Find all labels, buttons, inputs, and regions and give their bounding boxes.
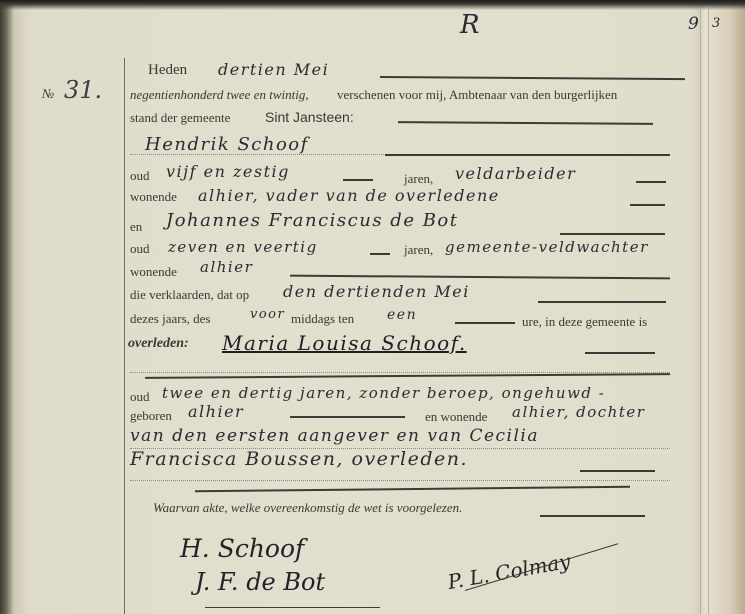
- fill-line: [560, 233, 665, 235]
- fill-line: [636, 181, 666, 183]
- fill-line: [630, 204, 665, 206]
- wonende-label: wonende: [130, 189, 177, 205]
- year-line-3: ure, in deze gemeente is: [522, 314, 647, 330]
- geboren-label: geboren: [130, 408, 172, 424]
- oud-label: oud: [130, 389, 150, 405]
- parents-line-2: van den eersten aangever en van Cecilia: [130, 426, 539, 446]
- year-line-1: dezes jaars, des: [130, 311, 211, 327]
- jaren-label: jaren,: [404, 171, 433, 187]
- heden-label: Heden: [148, 62, 187, 79]
- hour: een: [387, 307, 417, 323]
- en-label: en: [130, 219, 142, 235]
- fill-line: [290, 275, 670, 280]
- fill-line: [145, 373, 670, 379]
- fill-line: [585, 352, 655, 354]
- record-number: 31.: [64, 76, 102, 104]
- margin-line: [124, 58, 125, 614]
- birthplace: alhier: [188, 402, 244, 421]
- record-number-label: №: [42, 86, 54, 102]
- oud-label: oud: [130, 168, 150, 184]
- appeared-text: verschenen voor mij, Ambtenaar van den b…: [337, 87, 617, 103]
- declared-text: die verklaarden, dat op: [130, 287, 249, 303]
- en-wonende-label: en wonende: [425, 409, 487, 425]
- fill-line: [455, 322, 515, 324]
- year-line-2: middags ten: [291, 311, 354, 327]
- deceased-details: twee en dertig jaren, zonder beroep, ong…: [162, 384, 605, 402]
- signature-witness-1: H. Schoof: [180, 534, 304, 563]
- page-edge: [700, 8, 701, 614]
- fill-line: [195, 486, 630, 493]
- fill-line: [343, 179, 373, 181]
- witness2-age: zeven en veertig: [168, 238, 318, 256]
- fill-line: [385, 154, 670, 156]
- fill-line: [540, 515, 645, 517]
- oud-label: oud: [130, 241, 150, 257]
- witness1-occupation: veldarbeider: [455, 164, 576, 183]
- fill-line: [380, 76, 685, 80]
- fill-line: [538, 301, 666, 303]
- signature-witness-2: J. F. de Bot: [195, 568, 325, 596]
- fill-line: [580, 470, 655, 472]
- year-text: negentienhonderd twee en twintig,: [130, 87, 309, 103]
- parents-line-3: Francisca Boussen, overleden.: [130, 448, 468, 470]
- binding-shadow: [0, 0, 745, 10]
- signature-underline: [205, 607, 380, 608]
- death-date: den dertienden Mei: [283, 282, 470, 301]
- witness2-name: Johannes Franciscus de Bot: [166, 210, 459, 231]
- page-mark-9: 9: [688, 14, 700, 34]
- signature-registrar: P. L. Colmay: [446, 549, 572, 594]
- fill-line: [398, 121, 653, 125]
- time-of-day: voor: [250, 307, 285, 322]
- fill-line: [370, 253, 390, 255]
- stand-text: stand der gemeente: [130, 110, 230, 126]
- page-mark-3: 3: [712, 16, 722, 31]
- heden-value: dertien Mei: [218, 60, 329, 79]
- closing-text: Waarvan akte, welke overeenkomstig de we…: [153, 500, 462, 516]
- deceased-name: Maria Louisa Schoof.: [222, 331, 467, 355]
- witness1-age: vijf en zestig: [166, 162, 290, 181]
- dotted-line: [130, 480, 670, 481]
- page-mark-r: R: [460, 10, 481, 40]
- jaren-label: jaren,: [404, 242, 433, 258]
- witness1-name: Hendrik Schoof: [145, 134, 309, 155]
- witness1-residence: alhier, vader van de overledene: [198, 186, 500, 205]
- page-edge: [708, 8, 709, 614]
- municipality: Sint Jansteen:: [265, 109, 354, 125]
- deceased-label: overleden:: [128, 336, 189, 352]
- fill-line: [290, 416, 405, 418]
- witness2-residence: alhier: [200, 258, 253, 276]
- residence-and-parents-1: alhier, dochter: [512, 403, 645, 421]
- document-page: R 9 3 № 31. Heden dertien Mei negentienh…: [0, 0, 745, 614]
- wonende-label: wonende: [130, 264, 177, 280]
- witness2-occupation: gemeente-veldwachter: [445, 238, 649, 256]
